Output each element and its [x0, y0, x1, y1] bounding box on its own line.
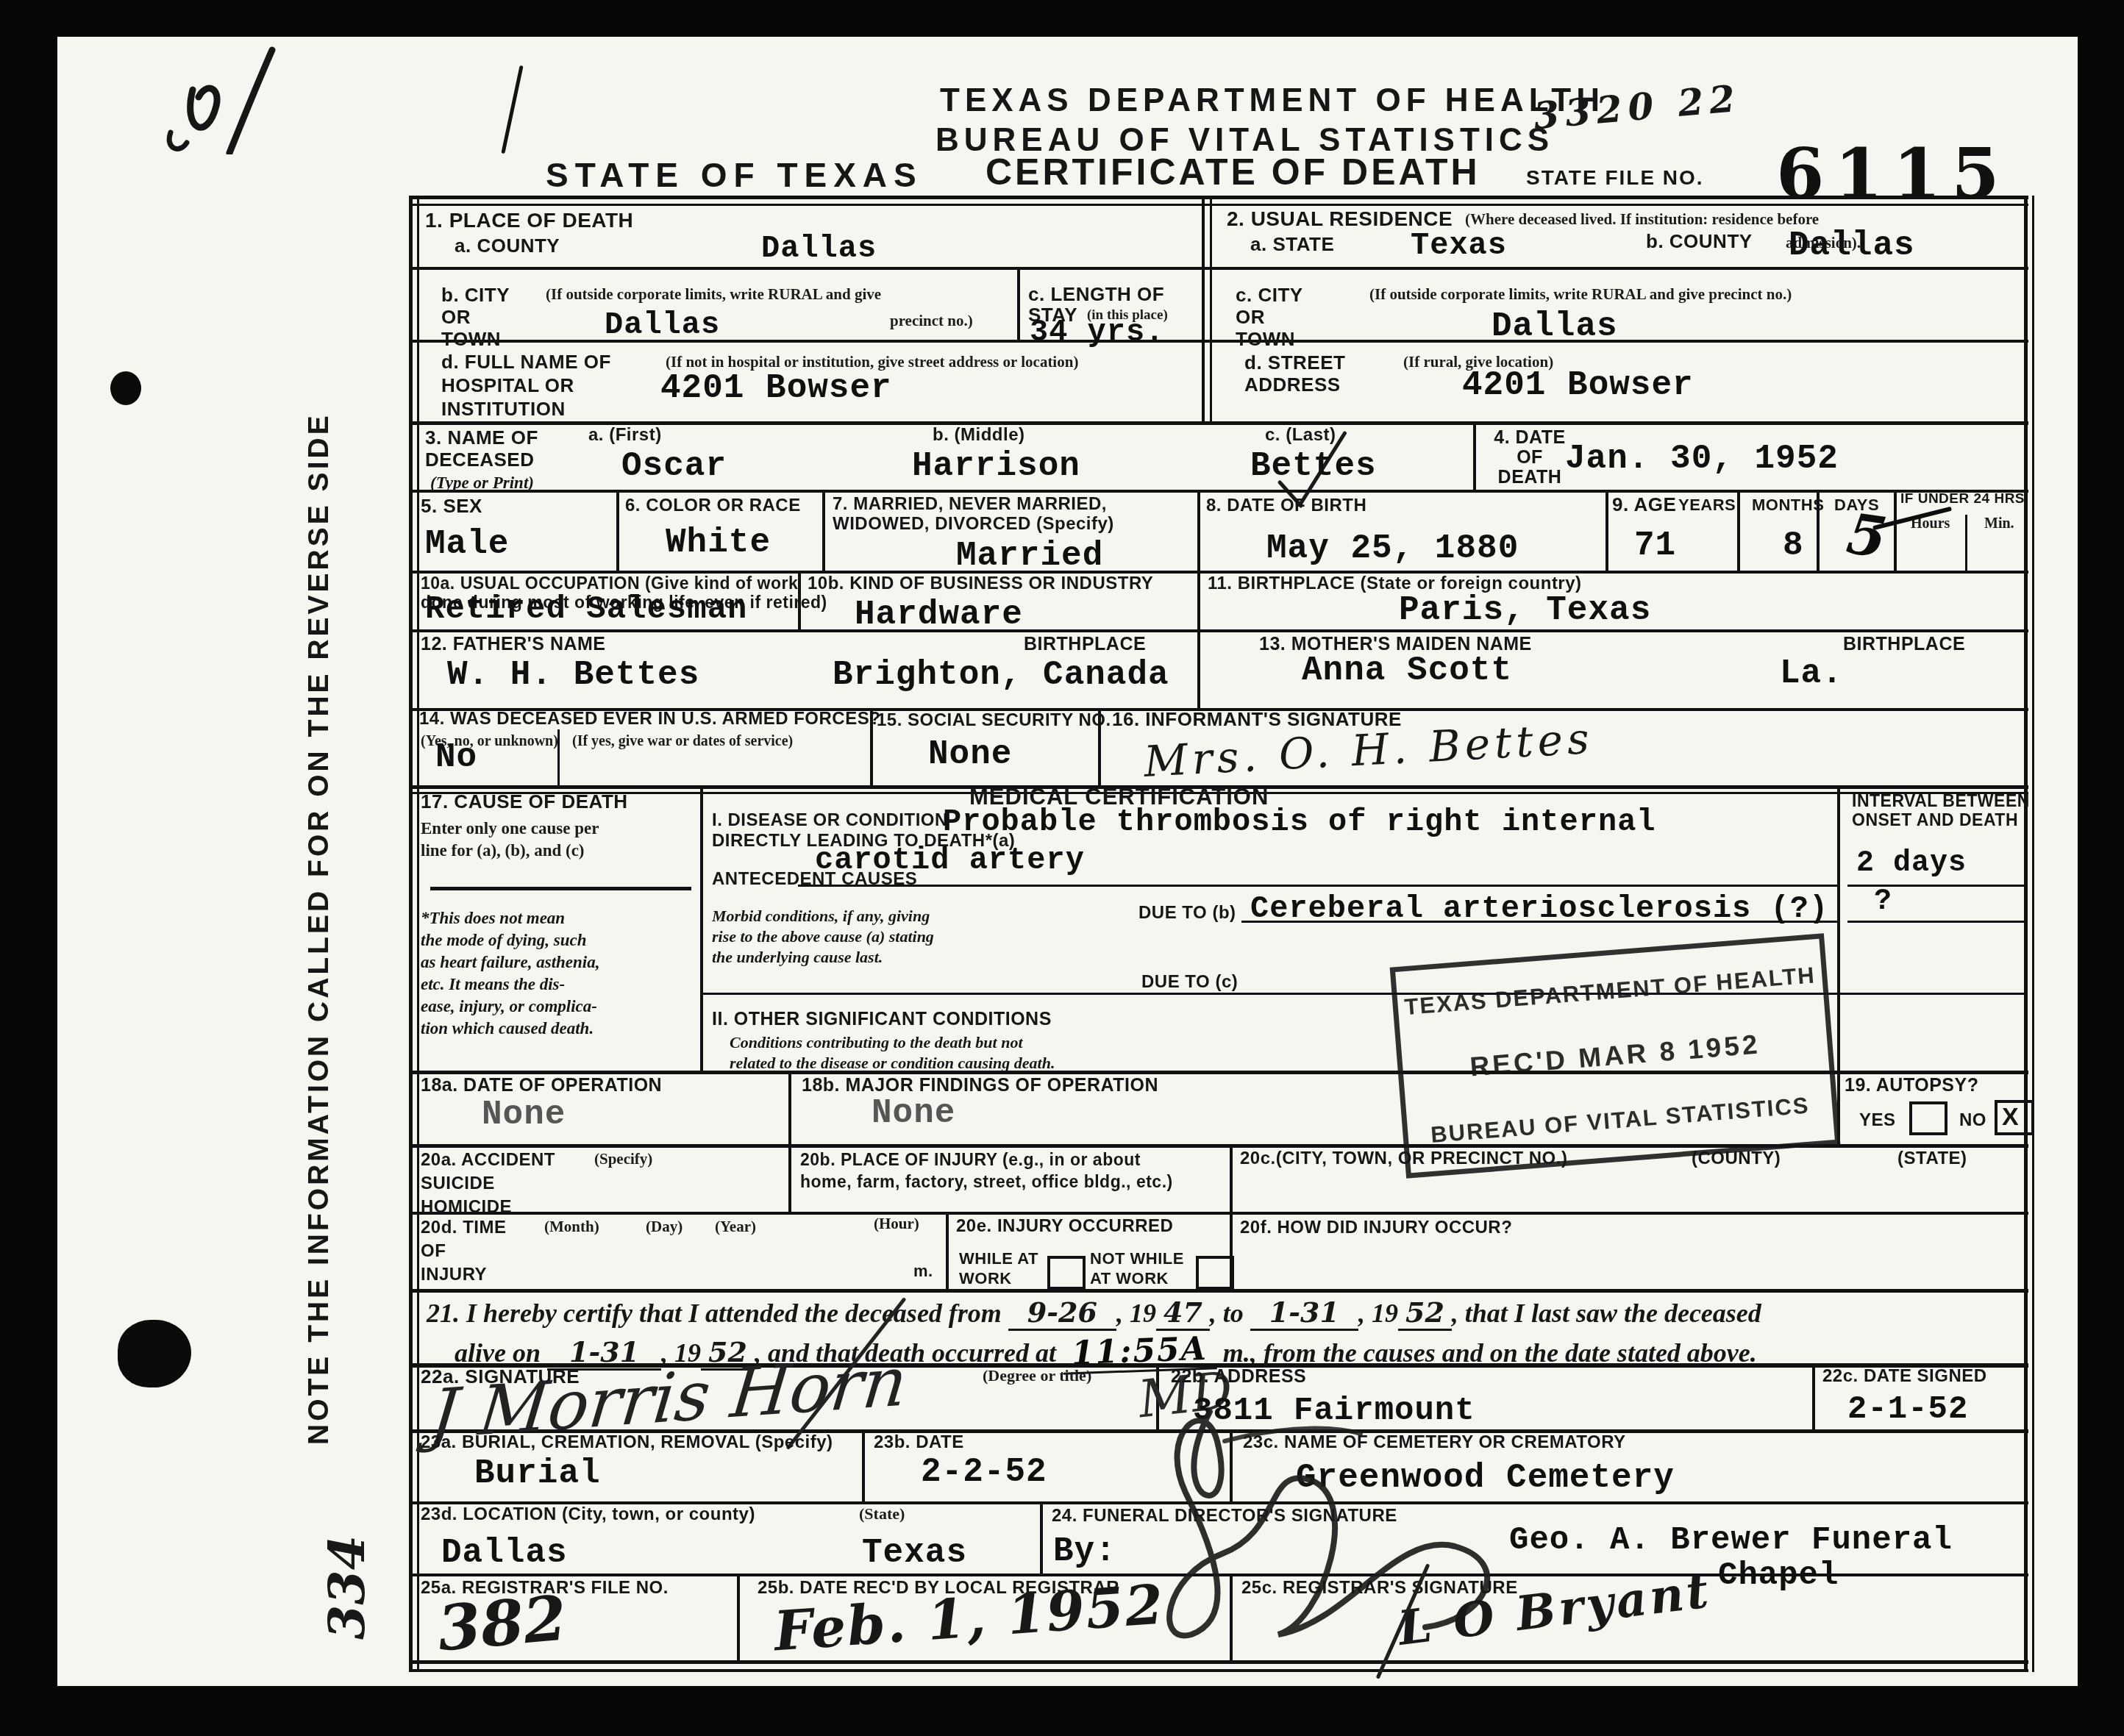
due-to-c-label: DUE TO (c) — [1141, 972, 1238, 993]
form-line — [1202, 196, 1205, 421]
autopsy-no-label: NO — [1959, 1110, 1986, 1131]
form-line — [1197, 490, 1200, 571]
pod-hospital-value: 4201 Bowser — [660, 369, 892, 407]
autopsy-label: 19. AUTOPSY? — [1845, 1075, 1978, 1096]
form-line — [1965, 515, 1967, 571]
certify-part2: , that I last saw the deceased — [1452, 1299, 1761, 1328]
registrar-file-value: 382 — [435, 1582, 569, 1665]
res-street-label: d. STREET ADDRESS — [1244, 351, 1345, 396]
form-line — [1040, 1501, 1043, 1574]
form-line — [1837, 785, 1840, 1071]
age-months-value: 8 — [1783, 526, 1804, 565]
printed-19: 19 — [1372, 1299, 1398, 1328]
date-of-death-value: Jan. 30, 1952 — [1565, 440, 1839, 478]
form-line — [1230, 1144, 1233, 1212]
form-line — [412, 1660, 2028, 1664]
residence-paren1: (Where deceased lived. If institution: r… — [1465, 210, 1819, 229]
form-line — [1737, 490, 1740, 571]
armed-forces-value: No — [435, 738, 477, 776]
place-injury-label: 20b. PLACE OF INJURY (e.g., in or about … — [800, 1149, 1173, 1193]
time-injury-label: 20d. TIME OF INJURY — [421, 1216, 507, 1287]
pod-stay-label1: c. LENGTH OF — [1028, 284, 1164, 306]
pod-city-paren2: precinct no.) — [890, 312, 973, 330]
pod-city-paren1: (If outside corporate limits, write RURA… — [546, 285, 881, 304]
interval-a-value: 2 days — [1856, 847, 1967, 880]
ssn-label: 15. SOCIAL SECURITY NO. — [877, 710, 1111, 731]
res-county-label: b. COUNTY — [1646, 231, 1753, 253]
form-line — [700, 785, 703, 1071]
other-conditions-note: Conditions contributing to the death but… — [730, 1032, 1055, 1074]
while-at-work-checkbox — [1047, 1256, 1086, 1290]
occupation-value: Retired Salesman — [425, 591, 747, 628]
findings-operation-label: 18b. MAJOR FINDINGS OF OPERATION — [802, 1075, 1158, 1096]
sex-label: 5. SEX — [421, 496, 482, 518]
mother-bp-value: La. — [1780, 654, 1843, 693]
time-month-label: (Month) — [544, 1218, 599, 1236]
degree-title-label: (Degree or title) — [983, 1366, 1091, 1385]
burial-date-value: 2-2-52 — [921, 1453, 1047, 1491]
form-line — [946, 1212, 949, 1289]
res-county-value: Dallas — [1789, 226, 1915, 265]
injury-county-label: (COUNTY) — [1692, 1149, 1781, 1169]
injury-state-label: (STATE) — [1897, 1149, 1967, 1169]
date-signed-label: 22c. DATE SIGNED — [1822, 1366, 1987, 1387]
burial-label: 23a. BURIAL, CREMATION, REMOVAL (Specify… — [421, 1432, 833, 1453]
certificate-title: CERTIFICATE OF DEATH — [986, 151, 1480, 194]
form-line — [412, 267, 2028, 270]
state-file-label: STATE FILE NO. — [1526, 166, 1704, 190]
comma: , — [1358, 1299, 1372, 1328]
form-line — [616, 490, 619, 571]
sex-value: Male — [425, 525, 509, 563]
form-line — [1606, 490, 1608, 571]
printed-19: 19 — [1130, 1299, 1156, 1328]
dept-line1: TEXAS DEPARTMENT OF HEALTH — [940, 82, 1605, 120]
age-years-label: YEARS — [1678, 496, 1736, 514]
accident-specify: (Specify) — [594, 1150, 652, 1168]
pod-city-value: Dallas — [605, 307, 720, 343]
pod-city-label: b. CITY OR TOWN — [441, 284, 510, 350]
name-middle: Harrison — [912, 447, 1080, 485]
form-line — [409, 196, 413, 1672]
form-line — [1473, 421, 1476, 490]
cause-note-rule — [430, 887, 691, 890]
time-year-label: (Year) — [715, 1218, 756, 1236]
reverse-side-note: NOTE THE INFORMATION CALLED FOR ON THE R… — [303, 408, 336, 1445]
printed-to: , to — [1210, 1299, 1250, 1328]
autopsy-no-checkmark: X — [2002, 1103, 2019, 1132]
time-day-label: (Day) — [646, 1218, 683, 1236]
received-stamp: TEXAS DEPARTMENT OF HEALTH REC'D MAR 8 1… — [1390, 933, 1841, 1179]
name-first-label: a. (First) — [588, 425, 662, 446]
form-line — [2032, 196, 2034, 1672]
place-of-death-title: 1. PLACE OF DEATH — [425, 209, 633, 232]
form-line — [412, 629, 2028, 632]
form-line — [412, 1212, 2028, 1215]
name-sublabel: (Type or Print) — [430, 474, 534, 493]
cause-star-note: *This does not mean the mode of dying, s… — [421, 907, 599, 1040]
pod-stay-value: 34 yrs. — [1030, 315, 1164, 350]
dob-value: May 25, 1880 — [1266, 529, 1519, 568]
certify-to-year: 52 — [1398, 1296, 1452, 1331]
stamp-line2: REC'D MAR 8 1952 — [1469, 1029, 1761, 1083]
form-line — [788, 1144, 791, 1212]
form-line — [412, 204, 2028, 206]
certify-from-year: 47 — [1156, 1296, 1210, 1331]
certify-line1: 21. I hereby certify that I attended the… — [427, 1296, 1761, 1331]
race-value: White — [666, 524, 771, 562]
answer-line-b-interval — [1847, 921, 2024, 923]
res-state-value: Texas — [1411, 228, 1507, 263]
burial-state-value: Texas — [862, 1534, 967, 1572]
res-city-paren: (If outside corporate limits, write RURA… — [1369, 285, 1792, 304]
birthplace-value: Paris, Texas — [1399, 591, 1651, 629]
date-of-death-label: 4. DATE OF DEATH — [1486, 428, 1574, 487]
res-state-label: a. STATE — [1250, 234, 1334, 256]
pod-county-label: a. COUNTY — [455, 235, 560, 257]
father-label: 12. FATHER'S NAME — [421, 634, 606, 655]
form-line — [1017, 267, 1020, 340]
date-operation-label: 18a. DATE OF OPERATION — [421, 1075, 662, 1096]
certify-to-date: 1-31 — [1250, 1296, 1358, 1331]
form-line — [1812, 1363, 1815, 1429]
certify-part5: m., from the causes and on the date stat… — [1223, 1338, 1757, 1368]
morbid-note: Morbid conditions, if any, giving rise t… — [712, 906, 934, 968]
not-while-at-work-label: NOT WHILE AT WORK — [1090, 1249, 1184, 1288]
autopsy-yes-label: YES — [1859, 1110, 1896, 1131]
cause-b-value: Cereberal arteriosclerosis (?) — [1250, 891, 1828, 926]
mother-bp-label: BIRTHPLACE — [1843, 634, 1965, 655]
stamp-line1: TEXAS DEPARTMENT OF HEALTH — [1403, 962, 1817, 1021]
industry-value: Hardware — [855, 596, 1023, 634]
antecedent-label: ANTECEDENT CAUSES — [712, 869, 917, 890]
armed-forces-label: 14. WAS DECEASED EVER IN U.S. ARMED FORC… — [419, 709, 880, 729]
answer-line-a — [798, 885, 1837, 887]
age-min-label: Min. — [1984, 515, 2014, 532]
other-conditions-label: II. OTHER SIGNIFICANT CONDITIONS — [712, 1009, 1052, 1030]
form-line — [1210, 196, 1212, 421]
pod-hospital-label: d. FULL NAME OF HOSPITAL OR INSTITUTION — [441, 350, 611, 421]
form-line — [417, 196, 419, 1672]
time-hour-label: (Hour) — [874, 1215, 919, 1233]
how-injury-label: 20f. HOW DID INJURY OCCUR? — [1240, 1218, 1512, 1238]
form-line — [412, 196, 2028, 199]
ink-blob-small — [110, 371, 141, 405]
father-bp-label: BIRTHPLACE — [1024, 634, 1146, 655]
autopsy-yes-checkbox — [1909, 1101, 1947, 1135]
age-under24-label: IF UNDER 24 HRS. — [1900, 491, 2029, 507]
death-certificate-scan: NOTE THE INFORMATION CALLED FOR ON THE R… — [0, 0, 2124, 1736]
ssn-value: None — [928, 735, 1012, 774]
burial-city-value: Dallas — [441, 1534, 568, 1572]
res-street-value: 4201 Bowser — [1462, 366, 1694, 404]
res-city-label: c. CITY OR TOWN — [1236, 284, 1303, 350]
time-m-label: m. — [913, 1262, 933, 1280]
injury-occurred-label: 20e. INJURY OCCURRED — [956, 1216, 1173, 1237]
date-signed-value: 2-1-52 — [1847, 1391, 1968, 1428]
form-line — [1197, 571, 1200, 629]
funeral-home-name2: Chapel — [1718, 1557, 1839, 1594]
burial-location-label: 23d. LOCATION (City, town, or county) — [421, 1504, 755, 1525]
certify-part3: alive on — [455, 1338, 547, 1368]
cause-note: Enter only one cause per line for (a), (… — [421, 818, 599, 862]
while-at-work-label: WHILE AT WORK — [959, 1249, 1038, 1288]
form-line — [788, 1071, 791, 1144]
mother-value: Anna Scott — [1302, 651, 1512, 690]
corner-pen-scribble — [162, 44, 331, 154]
form-line — [862, 1429, 865, 1501]
state-of-texas: STATE OF TEXAS — [546, 156, 923, 195]
findings-operation-value: None — [872, 1094, 955, 1132]
funeral-home-name1: Geo. A. Brewer Funeral — [1509, 1522, 1953, 1559]
accident-label: 20a. ACCIDENT SUICIDE HOMICIDE — [421, 1149, 555, 1219]
armed-forces-paren2: (If yes, give war or dates of service) — [572, 732, 793, 750]
cause-a-line1: Probable thrombosis of right internal — [943, 804, 1656, 840]
form-line — [412, 490, 2028, 493]
cause-of-death-title: 17. CAUSE OF DEATH — [421, 791, 628, 813]
age-years-value: 71 — [1634, 526, 1676, 565]
interval-label: INTERVAL BETWEEN ONSET AND DEATH — [1852, 791, 2030, 829]
not-while-at-work-checkbox — [1196, 1256, 1234, 1290]
pod-county-value: Dallas — [761, 231, 877, 266]
burial-date-label: 23b. DATE — [874, 1432, 964, 1453]
burial-state-label: (State) — [859, 1504, 905, 1524]
name-first: Oscar — [621, 447, 727, 485]
stamp-line3: BUREAU OF VITAL STATISTICS — [1430, 1093, 1811, 1149]
state-file-number: 6115 — [1776, 134, 2010, 215]
form-line — [412, 1669, 2028, 1672]
name-label: 3. NAME OF DECEASED — [425, 426, 538, 471]
interval-b-value: ? — [1874, 885, 1892, 918]
age-label: 9. AGE — [1612, 494, 1676, 516]
certify-part1: 21. I hereby certify that I attended the… — [427, 1299, 1002, 1328]
certify-from-date: 9-26 — [1008, 1296, 1116, 1331]
marital-value: Married — [956, 537, 1103, 575]
dob-label: 8. DATE OF BIRTH — [1206, 496, 1366, 516]
industry-label: 10b. KIND OF BUSINESS OR INDUSTRY — [808, 574, 1153, 594]
race-label: 6. COLOR OR RACE — [625, 496, 801, 516]
injury-city-label: 20c.(CITY, TOWN, OR PRECINCT NO.) — [1240, 1149, 1567, 1169]
form-line — [1197, 629, 1200, 708]
margin-handwritten-number: 334 — [318, 1485, 377, 1640]
comma: , — [1116, 1299, 1130, 1328]
due-to-b-label: DUE TO (b) — [1138, 903, 1236, 924]
name-last-label: c. (Last) — [1265, 425, 1336, 446]
form-line — [822, 490, 825, 571]
form-line — [1894, 490, 1897, 571]
res-city-value: Dallas — [1492, 307, 1618, 346]
name-last: Bettes — [1250, 447, 1377, 485]
marital-label: 7. MARRIED, NEVER MARRIED, WIDOWED, DIVO… — [833, 494, 1114, 534]
father-value: W. H. Bettes — [447, 656, 699, 694]
date-operation-value: None — [482, 1096, 566, 1134]
age-months-label: MONTHS — [1752, 496, 1824, 514]
name-middle-label: b. (Middle) — [933, 425, 1024, 446]
father-bp-value: Brighton, Canada — [833, 656, 1169, 694]
form-line — [2024, 196, 2028, 1672]
burial-value: Burial — [474, 1454, 601, 1493]
form-line — [737, 1574, 740, 1660]
physician-address-label: 22b. ADDRESS — [1171, 1366, 1306, 1387]
